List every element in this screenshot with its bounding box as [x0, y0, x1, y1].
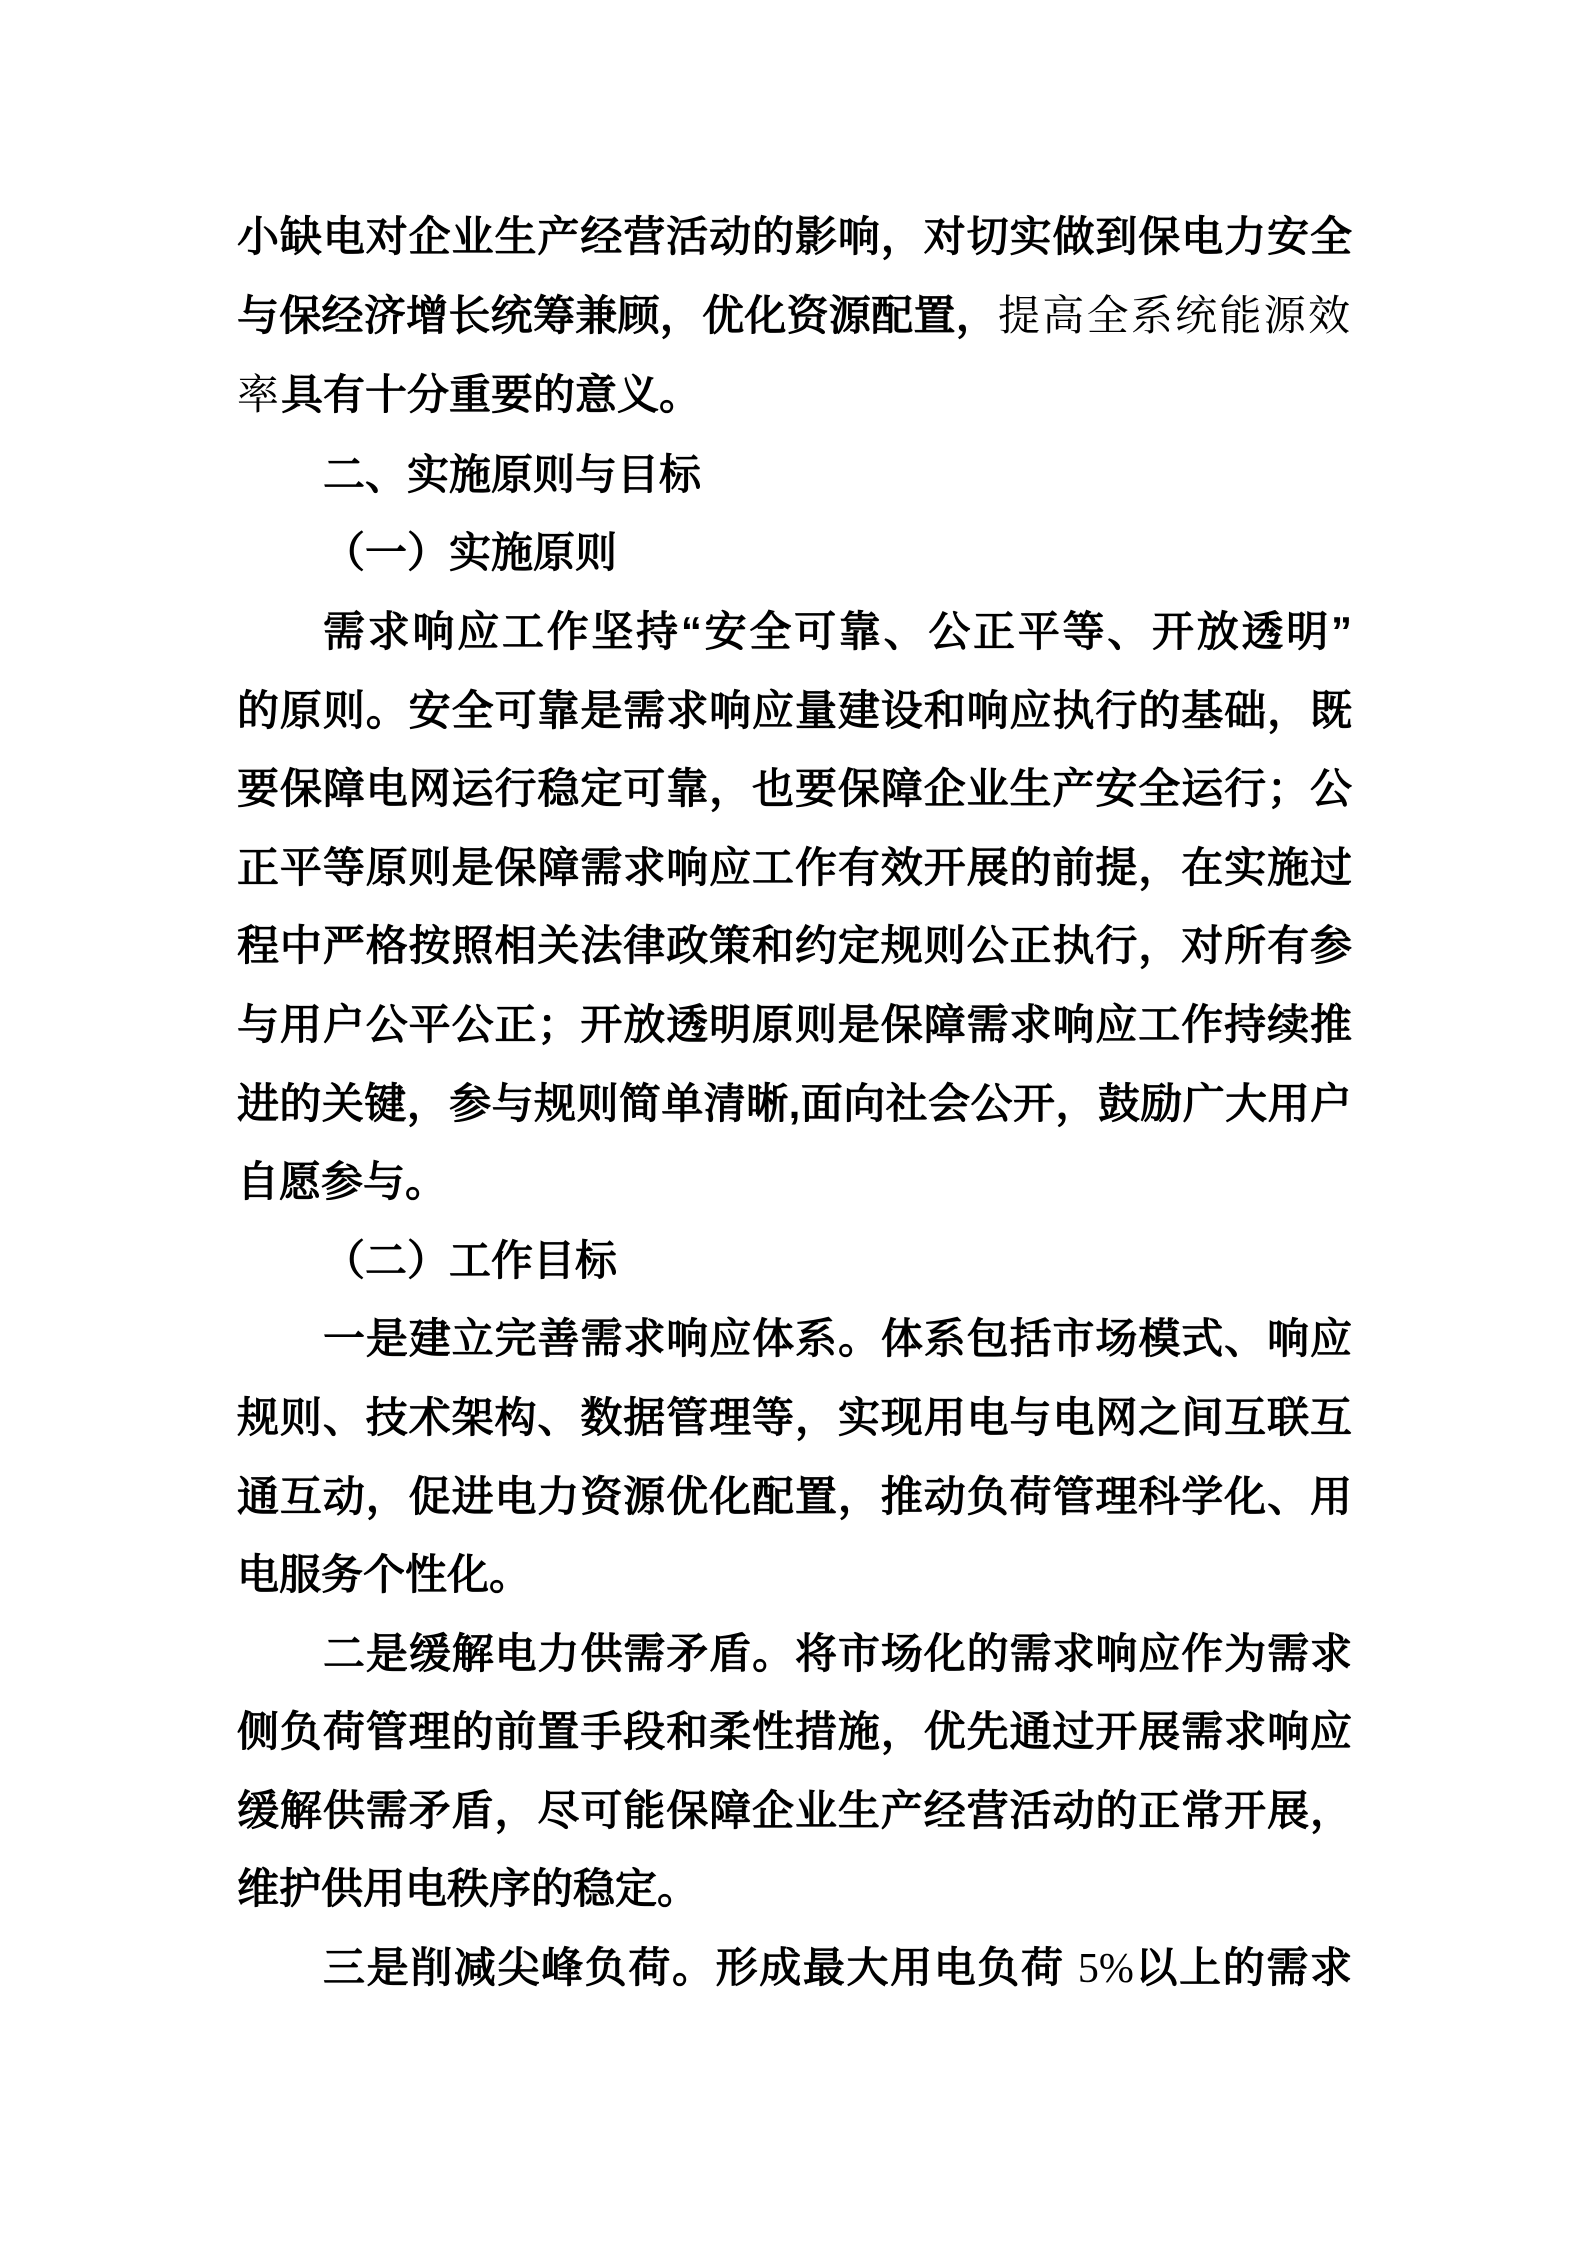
- text-line: 二、实施原则与目标: [237, 436, 1352, 515]
- text-line: 程中严格按照相关法律政策和约定规则公正执行，对所有参: [237, 907, 1352, 986]
- text-run-hei: 通互动，促进电力资源优化配置，推动负荷管理科学化、用: [237, 1473, 1352, 1520]
- text-run-hei: 缓解供需矛盾，尽可能保障企业生产经营活动的正常开展，: [237, 1787, 1352, 1834]
- text-line: 维护供用电秩序的稳定。: [237, 1850, 1352, 1929]
- text-line: 通互动，促进电力资源优化配置，推动负荷管理科学化、用: [237, 1458, 1352, 1537]
- text-line: 一是建立完善需求响应体系。体系包括市场模式、响应: [237, 1300, 1352, 1379]
- text-run-fangsong: 提高全系统能源效: [998, 294, 1352, 340]
- document-page: 小缺电对企业生产经营活动的影响，对切实做到保电力安全与保经济增长统筹兼顾，优化资…: [0, 0, 1587, 2245]
- text-line: 电服务个性化。: [237, 1536, 1352, 1615]
- text-run-hei: 二是缓解电力供需矛盾。将市场化的需求响应作为需求: [323, 1630, 1352, 1677]
- text-run-hei: 二、实施原则与目标: [323, 451, 701, 498]
- text-line: 二是缓解电力供需矛盾。将市场化的需求响应作为需求: [237, 1615, 1352, 1694]
- text-run-hei: 要保障电网运行稳定可靠，也要保障企业生产安全运行；公: [237, 765, 1352, 812]
- text-run-hei: 具有十分重要的意义。: [281, 371, 701, 418]
- text-line: 的原则。安全可靠是需求响应量建设和响应执行的基础，既: [237, 672, 1352, 751]
- text-run-hei: 进的关键，参与规则简单清晰,面向社会公开，鼓励广大用户: [237, 1080, 1352, 1127]
- text-run-hei: 电服务个性化。: [237, 1551, 531, 1598]
- text-line: （一）实施原则: [237, 514, 1352, 593]
- text-line: （二）工作目标: [237, 1222, 1352, 1301]
- text-line: 需求响应工作坚持“安全可靠、公正平等、开放透明”: [237, 593, 1352, 672]
- text-run-hei: 三是削减尖峰负荷。形成最大用电负荷: [323, 1944, 1078, 1991]
- text-line: 率具有十分重要的意义。: [237, 356, 1352, 436]
- text-run-hei: 以上的需求: [1134, 1944, 1352, 1991]
- text-run-hei: 一是建立完善需求响应体系。体系包括市场模式、响应: [323, 1315, 1352, 1362]
- text-run-hei: 程中严格按照相关法律政策和约定规则公正执行，对所有参: [237, 922, 1352, 969]
- text-run-hei: 与保经济增长统筹兼顾，优化资源配置，: [237, 292, 998, 339]
- text-run-hei: 小缺电对企业生产经营活动的影响，对切实做到保电力安全: [237, 213, 1352, 260]
- text-line: 与用户公平公正；开放透明原则是保障需求响应工作持续推: [237, 986, 1352, 1065]
- document-body: 小缺电对企业生产经营活动的影响，对切实做到保电力安全与保经济增长统筹兼顾，优化资…: [237, 198, 1352, 2009]
- text-run-latin-serif: 5%: [1078, 1946, 1134, 1992]
- text-line: 小缺电对企业生产经营活动的影响，对切实做到保电力安全: [237, 198, 1352, 277]
- text-run-hei: 侧负荷管理的前置手段和柔性措施，优先通过开展需求响应: [237, 1708, 1352, 1755]
- text-run-hei: 维护供用电秩序的稳定。: [237, 1865, 699, 1912]
- text-run-hei: 规则、技术架构、数据管理等，实现用电与电网之间互联互: [237, 1394, 1352, 1441]
- text-line: 缓解供需矛盾，尽可能保障企业生产经营活动的正常开展，: [237, 1772, 1352, 1851]
- text-line: 三是削减尖峰负荷。形成最大用电负荷 5%以上的需求: [237, 1929, 1352, 2009]
- text-run-hei: （二）工作目标: [323, 1237, 617, 1284]
- text-line: 与保经济增长统筹兼顾，优化资源配置，提高全系统能源效: [237, 277, 1352, 357]
- text-line: 进的关键，参与规则简单清晰,面向社会公开，鼓励广大用户: [237, 1065, 1352, 1144]
- text-line: 正平等原则是保障需求响应工作有效开展的前提，在实施过: [237, 829, 1352, 908]
- text-line: 侧负荷管理的前置手段和柔性措施，优先通过开展需求响应: [237, 1693, 1352, 1772]
- text-run-hei: 自愿参与。: [237, 1158, 447, 1205]
- text-run-hei: 正平等原则是保障需求响应工作有效开展的前提，在实施过: [237, 844, 1352, 891]
- text-line: 规则、技术架构、数据管理等，实现用电与电网之间互联互: [237, 1379, 1352, 1458]
- text-line: 要保障电网运行稳定可靠，也要保障企业生产安全运行；公: [237, 750, 1352, 829]
- text-run-hei: （一）实施原则: [323, 529, 617, 576]
- text-run-hei: 需求响应工作坚持“安全可靠、公正平等、开放透明”: [323, 608, 1352, 655]
- text-line: 自愿参与。: [237, 1143, 1352, 1222]
- text-run-hei: 与用户公平公正；开放透明原则是保障需求响应工作持续推: [237, 1001, 1352, 1048]
- text-run-fangsong: 率: [237, 373, 281, 419]
- text-run-hei: 的原则。安全可靠是需求响应量建设和响应执行的基础，既: [237, 687, 1352, 734]
